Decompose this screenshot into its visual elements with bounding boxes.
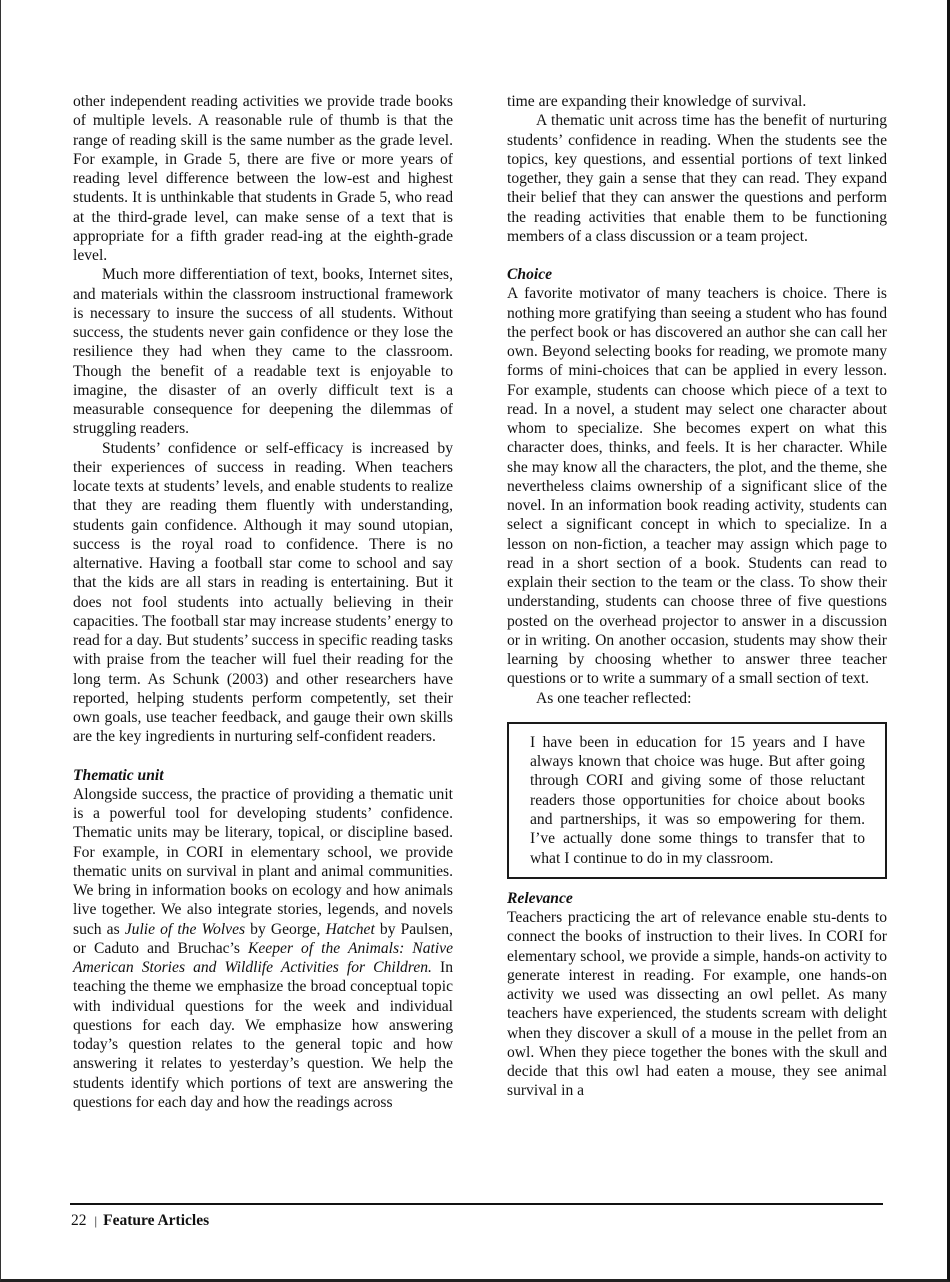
teacher-quote-box: I have been in education for 15 years an… [507,722,887,879]
section-heading-thematic-unit: Thematic unit [73,766,453,785]
quote-text: I have been in education for 15 years an… [530,733,865,868]
paragraph-choice: A favorite motivator of many teachers is… [507,284,887,688]
footer-rule [70,1203,883,1205]
spacer [507,879,887,889]
paragraph-thematic-unit: Alongside success, the practice of provi… [73,785,453,1112]
footer-separator: | [95,1211,98,1230]
quote-intro: As one teacher reflected: [507,689,887,708]
text: by George, [245,921,325,938]
book-title: Julie of the Wolves [125,921,245,938]
paragraph: A thematic unit across time has the bene… [507,111,887,246]
text: Alongside success, the practice of provi… [73,786,453,938]
footer-section-title: Feature Articles [103,1212,209,1229]
page-number: 22 [71,1212,87,1229]
paragraph: other independent reading activities we … [73,92,453,265]
left-column: other independent reading activities we … [73,92,453,1112]
text: In teaching the theme we emphasize the b… [73,959,453,1111]
section-heading-choice: Choice [507,265,887,284]
paragraph: Students’ confidence or self-efficacy is… [73,439,453,747]
section-heading-relevance: Relevance [507,889,887,908]
spacer [507,246,887,265]
paragraph: Much more differentiation of text, books… [73,265,453,438]
paragraph-relevance: Teachers practicing the art of relevance… [507,908,887,1101]
right-column: time are expanding their knowledge of su… [507,92,887,1101]
book-title: Hatchet [325,921,374,938]
paragraph: time are expanding their knowledge of su… [507,92,887,111]
spacer [73,747,453,766]
page-footer: 22|Feature Articles [71,1211,209,1230]
